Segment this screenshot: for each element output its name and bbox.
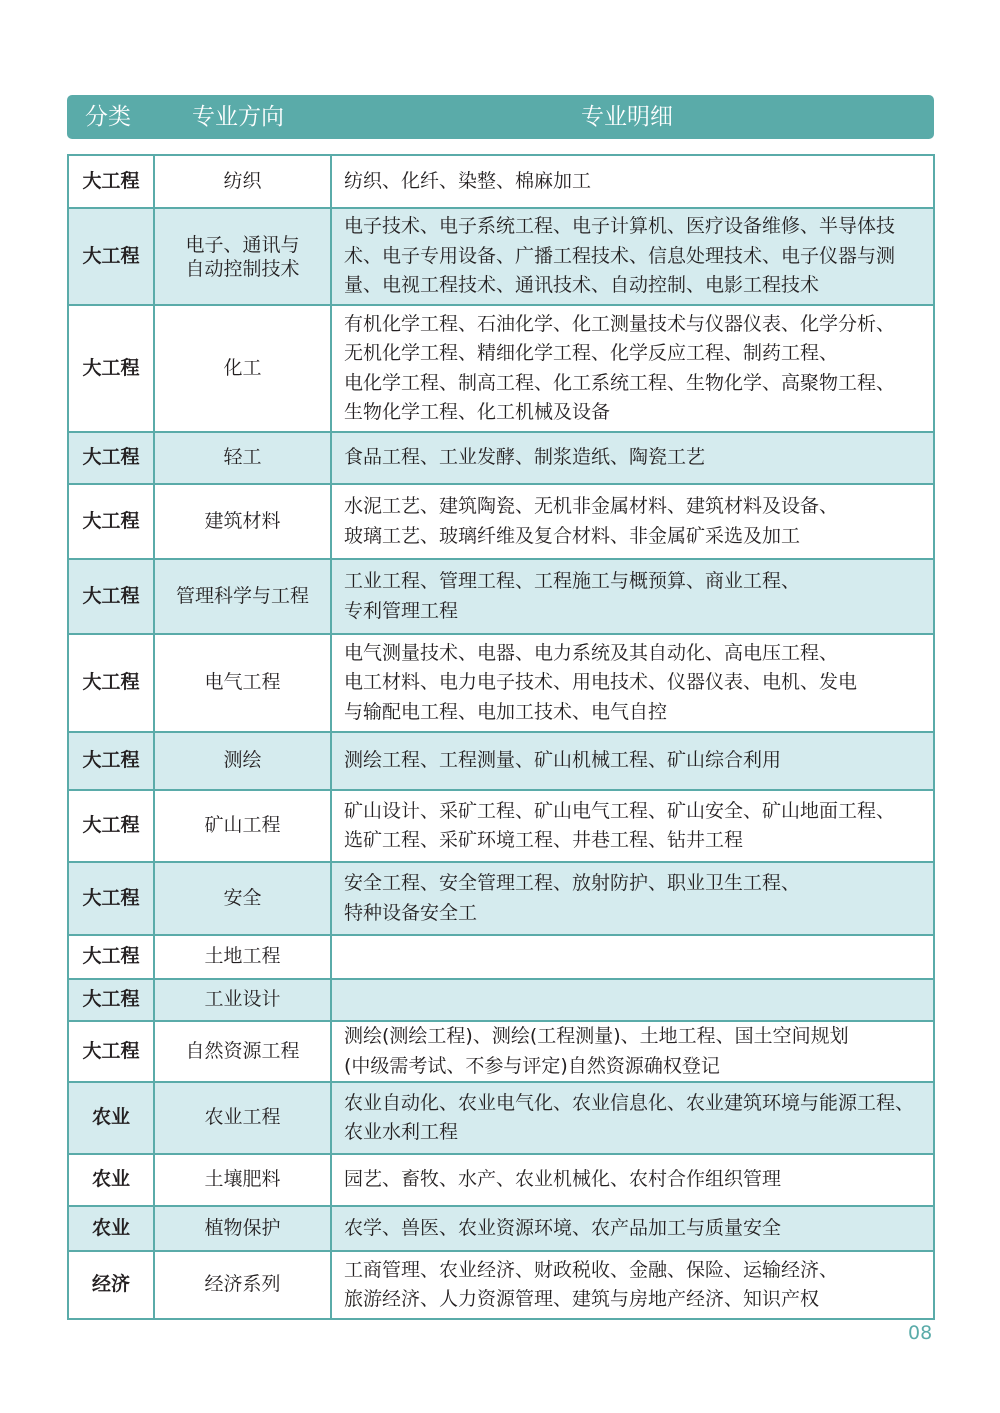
- direction-cell: 电气工程: [154, 634, 331, 732]
- detail-cell: 农学、兽医、农业资源环境、农产品加工与质量安全: [331, 1206, 934, 1251]
- detail-cell: 园艺、畜牧、水产、农业机械化、农村合作组织管理: [331, 1154, 934, 1206]
- detail-cell: 安全工程、安全管理工程、放射防护、职业卫生工程、 特种设备安全工: [331, 862, 934, 935]
- table-row: 经济经济系列工商管理、农业经济、财政税收、金融、保险、运输经济、 旅游经济、人力…: [68, 1251, 934, 1319]
- category-cell: 大工程: [68, 634, 154, 732]
- table-row: 大工程电气工程电气测量技术、电器、电力系统及其自动化、高电压工程、 电工材料、电…: [68, 634, 934, 732]
- direction-cell: 矿山工程: [154, 790, 331, 862]
- detail-cell: 矿山设计、采矿工程、矿山电气工程、矿山安全、矿山地面工程、 选矿工程、采矿环境工…: [331, 790, 934, 862]
- detail-cell: 水泥工艺、建筑陶瓷、无机非金属材料、建筑材料及设备、 玻璃工艺、玻璃纤维及复合材…: [331, 484, 934, 559]
- category-cell: 大工程: [68, 484, 154, 559]
- direction-cell: 管理科学与工程: [154, 559, 331, 634]
- detail-cell: 测绘工程、工程测量、矿山机械工程、矿山综合利用: [331, 732, 934, 790]
- category-cell: 大工程: [68, 559, 154, 634]
- category-cell: 大工程: [68, 1021, 154, 1082]
- table-row: 大工程管理科学与工程工业工程、管理工程、工程施工与概预算、商业工程、 专利管理工…: [68, 559, 934, 634]
- direction-cell: 电子、通讯与 自动控制技术: [154, 208, 331, 305]
- table-row: 大工程测绘测绘工程、工程测量、矿山机械工程、矿山综合利用: [68, 732, 934, 790]
- table-row: 大工程土地工程: [68, 935, 934, 979]
- category-cell: 大工程: [68, 862, 154, 935]
- detail-cell: 农业自动化、农业电气化、农业信息化、农业建筑环境与能源工程、 农业水利工程: [331, 1082, 934, 1154]
- majors-table: 大工程纺织纺织、化纤、染整、棉麻加工大工程电子、通讯与 自动控制技术电子技术、电…: [67, 154, 935, 1320]
- detail-cell: 食品工程、工业发酵、制浆造纸、陶瓷工艺: [331, 432, 934, 484]
- detail-cell: 电气测量技术、电器、电力系统及其自动化、高电压工程、 电工材料、电力电子技术、用…: [331, 634, 934, 732]
- header-category: 分类: [85, 95, 131, 139]
- direction-cell: 化工: [154, 305, 331, 432]
- detail-cell: 电子技术、电子系统工程、电子计算机、医疗设备维修、半导体技术、电子专用设备、广播…: [331, 208, 934, 305]
- detail-cell: [331, 979, 934, 1021]
- header-detail: 专业明细: [581, 95, 673, 139]
- table-row: 大工程工业设计: [68, 979, 934, 1021]
- direction-cell: 植物保护: [154, 1206, 331, 1251]
- direction-cell: 测绘: [154, 732, 331, 790]
- table-row: 大工程化工有机化学工程、石油化学、化工测量技术与仪器仪表、化学分析、 无机化学工…: [68, 305, 934, 432]
- category-cell: 大工程: [68, 208, 154, 305]
- header-direction: 专业方向: [192, 95, 284, 139]
- direction-cell: 自然资源工程: [154, 1021, 331, 1082]
- category-cell: 大工程: [68, 732, 154, 790]
- table-row: 农业植物保护农学、兽医、农业资源环境、农产品加工与质量安全: [68, 1206, 934, 1251]
- direction-cell: 农业工程: [154, 1082, 331, 1154]
- category-cell: 大工程: [68, 979, 154, 1021]
- detail-cell: 测绘(测绘工程)、测绘(工程测量)、土地工程、国土空间规划 (中级需考试、不参与…: [331, 1021, 934, 1082]
- detail-cell: [331, 935, 934, 979]
- table-row: 大工程轻工食品工程、工业发酵、制浆造纸、陶瓷工艺: [68, 432, 934, 484]
- detail-cell: 纺织、化纤、染整、棉麻加工: [331, 155, 934, 208]
- category-cell: 经济: [68, 1251, 154, 1319]
- direction-cell: 纺织: [154, 155, 331, 208]
- table-row: 大工程矿山工程矿山设计、采矿工程、矿山电气工程、矿山安全、矿山地面工程、 选矿工…: [68, 790, 934, 862]
- category-cell: 大工程: [68, 305, 154, 432]
- category-cell: 大工程: [68, 432, 154, 484]
- direction-cell: 土地工程: [154, 935, 331, 979]
- direction-cell: 工业设计: [154, 979, 331, 1021]
- category-cell: 大工程: [68, 790, 154, 862]
- category-cell: 大工程: [68, 155, 154, 208]
- category-cell: 农业: [68, 1206, 154, 1251]
- detail-cell: 有机化学工程、石油化学、化工测量技术与仪器仪表、化学分析、 无机化学工程、精细化…: [331, 305, 934, 432]
- category-cell: 大工程: [68, 935, 154, 979]
- category-cell: 农业: [68, 1154, 154, 1206]
- direction-cell: 建筑材料: [154, 484, 331, 559]
- table-row: 大工程电子、通讯与 自动控制技术电子技术、电子系统工程、电子计算机、医疗设备维修…: [68, 208, 934, 305]
- page-number: 08: [908, 1322, 932, 1344]
- table-row: 大工程自然资源工程测绘(测绘工程)、测绘(工程测量)、土地工程、国土空间规划 (…: [68, 1021, 934, 1082]
- table-row: 大工程安全安全工程、安全管理工程、放射防护、职业卫生工程、 特种设备安全工: [68, 862, 934, 935]
- table-row: 农业农业工程农业自动化、农业电气化、农业信息化、农业建筑环境与能源工程、 农业水…: [68, 1082, 934, 1154]
- table-header-bar: 分类 专业方向 专业明细: [67, 95, 934, 139]
- detail-cell: 工商管理、农业经济、财政税收、金融、保险、运输经济、 旅游经济、人力资源管理、建…: [331, 1251, 934, 1319]
- direction-cell: 安全: [154, 862, 331, 935]
- table-row: 农业土壤肥料园艺、畜牧、水产、农业机械化、农村合作组织管理: [68, 1154, 934, 1206]
- table-row: 大工程纺织纺织、化纤、染整、棉麻加工: [68, 155, 934, 208]
- direction-cell: 经济系列: [154, 1251, 331, 1319]
- table-row: 大工程建筑材料水泥工艺、建筑陶瓷、无机非金属材料、建筑材料及设备、 玻璃工艺、玻…: [68, 484, 934, 559]
- category-cell: 农业: [68, 1082, 154, 1154]
- direction-cell: 土壤肥料: [154, 1154, 331, 1206]
- detail-cell: 工业工程、管理工程、工程施工与概预算、商业工程、 专利管理工程: [331, 559, 934, 634]
- direction-cell: 轻工: [154, 432, 331, 484]
